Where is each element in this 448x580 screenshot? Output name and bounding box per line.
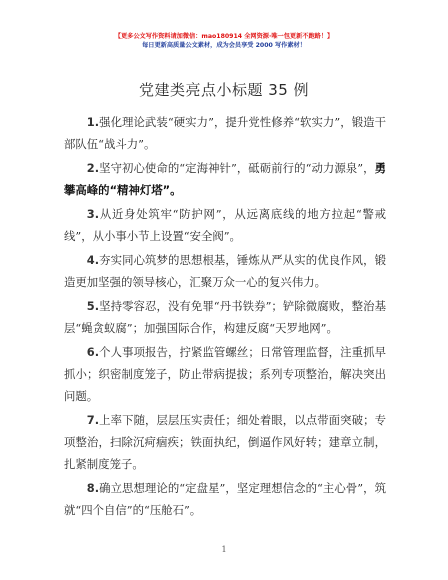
paragraph-6: 6.个人事项报告，拧紧监管螺丝；日常管理监督，注重抓早抓小；织密制度笼子，防止带… — [64, 341, 386, 407]
paragraph-7: 7.上率下随，层层压实责任；细处着眼，以点带面突破；专项整治，扫除沉疴痼疾；铁面… — [64, 409, 386, 475]
paragraph-8: 8.确立思想理论的“定盘星”，坚定理想信念的“主心骨”，筑就“四个自信”的“压舱… — [64, 477, 386, 521]
paragraph-1: 1.强化理论武装“硬实力”，提升党性修养“软实力”，锻造干部队伍“战斗力”。 — [64, 111, 386, 155]
paragraph-3: 3.从近身处筑牢“防护网”，从远离底线的地方拉起“警戒线”，从小事小节上设置“安… — [64, 203, 386, 247]
paragraph-5: 5.坚持零容忍，没有免罪“丹书铁券”；铲除微腐败，整治基层“蝇贪蚁腐”；加强国际… — [64, 295, 386, 339]
banner-line-1: 【更多公文写作资料请加微信：mao180914 全网资源·唯一包更新不跑路！】 — [0, 33, 448, 41]
paragraph-2: 2.坚守初心使命的“定海神针”，砥砺前行的“动力源泉”，勇攀高峰的“精神灯塔”。 — [64, 157, 386, 201]
page-number: 1 — [0, 545, 448, 554]
document-body: 1.强化理论武装“硬实力”，提升党性修养“软实力”，锻造干部队伍“战斗力”。 2… — [64, 111, 386, 521]
document-title: 党建类亮点小标题 35 例 — [0, 79, 448, 100]
promo-banner: 【更多公文写作资料请加微信：mao180914 全网资源·唯一包更新不跑路！】 … — [0, 33, 448, 50]
banner-line-2: 每日更新高质量公文素材，成为会员享受 2000 写作素材！ — [0, 42, 448, 50]
paragraph-4: 4.夯实同心筑梦的思想根基，锤炼从严从实的优良作风，锻造更加坚强的领导核心，汇聚… — [64, 249, 386, 293]
